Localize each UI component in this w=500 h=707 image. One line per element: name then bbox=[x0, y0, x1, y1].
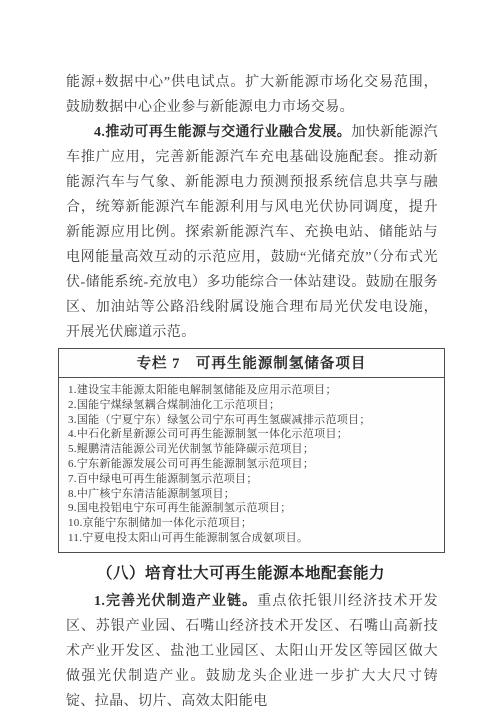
section-heading-8: （八）培育壮大可再生能源本地配套能力 bbox=[66, 562, 438, 586]
column-7-box-list: 1.建设宝丰能源太阳能电解制氢储能及应用示范项目； 2.国能宁煤绿氢耦合煤制油化… bbox=[59, 378, 444, 552]
box-item-10: 10.京能宁东制储加一体化示范项目； bbox=[68, 516, 436, 531]
paragraph-1-lead: 1.完善光伏制造产业链。 bbox=[94, 594, 257, 609]
paragraph-4-body: 加快新能源汽车推广应用，完善新能源汽车充电基础设施配套。推动新能源汽车与气象、新… bbox=[66, 125, 438, 340]
box-item-5: 5.鲲鹏清洁能源公司光伏制氢节能降碳示范项目； bbox=[68, 442, 436, 457]
box-item-2: 2.国能宁煤绿氢耦合煤制油化工示范项目； bbox=[68, 398, 436, 413]
box-item-4: 4.中石化新星新源公司可再生能源制氢一体化示范项目； bbox=[68, 427, 436, 442]
document-page: 能源+数据中心”供电试点。扩大新能源市场化交易范围，鼓励数据中心企业参与新能源电… bbox=[0, 0, 500, 707]
paragraph-4-lead: 4.推动可再生能源与交通行业融合发展。 bbox=[94, 125, 351, 140]
column-7-box-title: 专栏 7 可再生能源制氢储备项目 bbox=[59, 349, 444, 378]
box-item-8: 8.中广核宁东清洁能源制氢项目； bbox=[68, 487, 436, 502]
intro-paragraph: 能源+数据中心”供电试点。扩大新能源市场化交易范围，鼓励数据中心企业参与新能源电… bbox=[66, 70, 438, 120]
paragraph-1-body: 重点依托银川经济技术开发区、苏银产业园、石嘴山经济技术开发区、石嘴山高新技术产业… bbox=[66, 594, 438, 707]
intro-paragraph-text: 能源+数据中心”供电试点。扩大新能源市场化交易范围，鼓励数据中心企业参与新能源电… bbox=[66, 75, 438, 115]
box-item-1: 1.建设宝丰能源太阳能电解制氢储能及应用示范项目； bbox=[68, 383, 436, 398]
paragraph-4: 4.推动可再生能源与交通行业融合发展。加快新能源汽车推广应用，完善新能源汽车充电… bbox=[66, 120, 438, 345]
box-item-3: 3.国能（宁夏宁东）绿氢公司宁东可再生氢碳减排示范项目； bbox=[68, 413, 436, 428]
box-item-9: 9.国电投铝电宁东可再生能源制氢示范项目； bbox=[68, 501, 436, 516]
column-7-box: 专栏 7 可再生能源制氢储备项目 1.建设宝丰能源太阳能电解制氢储能及应用示范项… bbox=[58, 348, 445, 553]
box-item-6: 6.宁东新能源发展公司可再生能源制氢示范项目； bbox=[68, 457, 436, 472]
box-item-7: 7.百中绿电可再生能源制氢示范项目； bbox=[68, 472, 436, 487]
box-item-11: 11.宁夏电投太阳山可再生能源制氢合成氨项目。 bbox=[68, 531, 436, 546]
paragraph-1: 1.完善光伏制造产业链。重点依托银川经济技术开发区、苏银产业园、石嘴山经济技术开… bbox=[66, 589, 438, 707]
